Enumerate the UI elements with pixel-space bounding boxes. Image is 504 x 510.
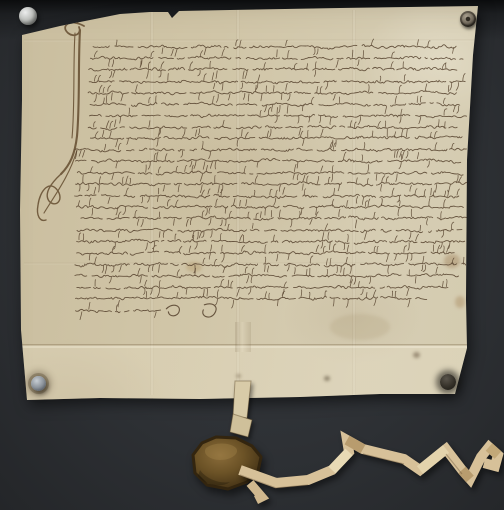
pin-bottom-left	[31, 376, 46, 391]
parchment-wrap	[0, 0, 504, 510]
pin-top-left	[19, 7, 37, 25]
photo-backdrop	[0, 0, 504, 510]
manuscript-text	[0, 0, 504, 510]
pin-bottom-right	[440, 374, 456, 390]
parchment-charter	[0, 0, 504, 510]
pin-top-right	[460, 11, 476, 27]
